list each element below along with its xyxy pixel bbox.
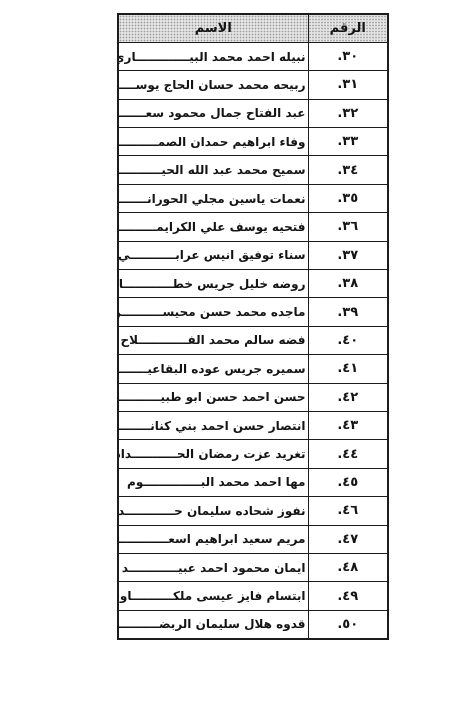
table-body: ٣٠. نبيله احمد محمد البيـــــــــــــاري…: [118, 42, 388, 638]
table-row: ٣٨. روضه خليل جريس خطــــــــــــار: [118, 270, 388, 298]
row-number-cell: ٣٥.: [308, 184, 388, 212]
header-row: الرقم الاسم: [118, 14, 388, 42]
row-number-cell: ٣٤.: [308, 156, 388, 184]
table-row: ٣٤. سميح محمد عبد الله الحيــــــــــــح: [118, 156, 388, 184]
row-number-cell: ٤٩.: [308, 582, 388, 610]
row-name-cell: انتصار حسن احمد بني كنانـــــــــــه: [118, 411, 308, 439]
row-name-cell: سميح محمد عبد الله الحيــــــــــــح: [118, 156, 308, 184]
row-number-cell: ٣١.: [308, 71, 388, 99]
row-name-cell: قدوه هلال سليمان الربضــــــــــي: [118, 610, 308, 638]
table-row: ٤٥. مها احمد محمد البــــــــــــــوم: [118, 468, 388, 496]
table-row: ٤٣. انتصار حسن احمد بني كنانـــــــــــه: [118, 411, 388, 439]
row-name-cell: روضه خليل جريس خطــــــــــــار: [118, 270, 308, 298]
row-number-cell: ٣٣.: [308, 128, 388, 156]
row-name-cell: ربيحه محمد حسان الحاج يوســــــــف: [118, 71, 308, 99]
table-row: ٤٩. ابتسام فايز عيسى ملكــــــــــاوي: [118, 582, 388, 610]
row-number-cell: ٤٣.: [308, 411, 388, 439]
row-number-cell: ٣٩.: [308, 298, 388, 326]
scanned-document-page: الرقم الاسم ٣٠. نبيله احمد محمد البيــــ…: [0, 0, 454, 707]
table-row: ٤٨. ايمان محمود احمد عبيــــــــــــد: [118, 553, 388, 581]
table-row: ٤٤. تغريد عزت رمضان الحـــــــــــداد: [118, 440, 388, 468]
row-name-cell: مها احمد محمد البــــــــــــــوم: [118, 468, 308, 496]
row-number-cell: ٤٠.: [308, 326, 388, 354]
table-header: الرقم الاسم: [118, 14, 388, 42]
row-name-cell: عبد الفتاح جمال محمود سعـــــــــاده: [118, 99, 308, 127]
row-name-cell: تغريد عزت رمضان الحـــــــــــداد: [118, 440, 308, 468]
row-name-cell: مريم سعيد ابراهيم اسعــــــــــــد: [118, 525, 308, 553]
row-name-cell: حسن احمد حسن ابو طبيــــــــــــخ: [118, 383, 308, 411]
header-name-cell: الاسم: [118, 14, 308, 42]
row-number-cell: ٤٢.: [308, 383, 388, 411]
table-row: ٤٧. مريم سعيد ابراهيم اسعــــــــــــد: [118, 525, 388, 553]
row-name-cell: فضه سالم محمد الفــــــــــــلاح: [118, 326, 308, 354]
table-row: ٥٠. قدوه هلال سليمان الربضــــــــــي: [118, 610, 388, 638]
row-name-cell: سميره جريس عوده البقاعيـــــــــن: [118, 355, 308, 383]
row-name-cell: وفاء ابراهيم حمدان الصمــــــــــادي: [118, 128, 308, 156]
row-number-cell: ٣٠.: [308, 42, 388, 70]
table-row: ٤٠. فضه سالم محمد الفــــــــــــلاح: [118, 326, 388, 354]
row-name-cell: فتحيه يوسف علي الكرايمــــــــــه: [118, 213, 308, 241]
table-row: ٣٥. نعمات ياسين مجلي الحورانــــــــــي: [118, 184, 388, 212]
table-row: ٣١. ربيحه محمد حسان الحاج يوســــــــف: [118, 71, 388, 99]
table-row: ٤٢. حسن احمد حسن ابو طبيــــــــــــخ: [118, 383, 388, 411]
row-number-cell: ٤٨.: [308, 553, 388, 581]
row-number-cell: ٣٧.: [308, 241, 388, 269]
row-number-cell: ٤٤.: [308, 440, 388, 468]
row-name-cell: ابتسام فايز عيسى ملكــــــــــاوي: [118, 582, 308, 610]
row-number-cell: ٤٥.: [308, 468, 388, 496]
row-name-cell: نفوز شحاده سليمان حــــــــــــداد: [118, 497, 308, 525]
row-number-cell: ٣٢.: [308, 99, 388, 127]
header-number-cell: الرقم: [308, 14, 388, 42]
row-number-cell: ٤٦.: [308, 497, 388, 525]
table-row: ٣٧. سناء توفيق انيس عرابـــــــــــي: [118, 241, 388, 269]
row-number-cell: ٥٠.: [308, 610, 388, 638]
row-name-cell: سناء توفيق انيس عرابـــــــــــي: [118, 241, 308, 269]
row-name-cell: نعمات ياسين مجلي الحورانــــــــــي: [118, 184, 308, 212]
names-roster-table: الرقم الاسم ٣٠. نبيله احمد محمد البيــــ…: [117, 13, 389, 640]
table-row: ٣٢. عبد الفتاح جمال محمود سعـــــــــاده: [118, 99, 388, 127]
row-number-cell: ٣٨.: [308, 270, 388, 298]
table-row: ٤٦. نفوز شحاده سليمان حــــــــــــداد: [118, 497, 388, 525]
row-name-cell: ماجده محمد حسن محيســــــــــن: [118, 298, 308, 326]
table-row: ٤١. سميره جريس عوده البقاعيـــــــــن: [118, 355, 388, 383]
table-row: ٣٦. فتحيه يوسف علي الكرايمــــــــــه: [118, 213, 388, 241]
row-name-cell: نبيله احمد محمد البيـــــــــــــاري: [118, 42, 308, 70]
row-number-cell: ٤١.: [308, 355, 388, 383]
table-row: ٣٩. ماجده محمد حسن محيســــــــــن: [118, 298, 388, 326]
row-number-cell: ٣٦.: [308, 213, 388, 241]
table-row: ٣٣. وفاء ابراهيم حمدان الصمــــــــــادي: [118, 128, 388, 156]
row-name-cell: ايمان محمود احمد عبيــــــــــــد: [118, 553, 308, 581]
row-number-cell: ٤٧.: [308, 525, 388, 553]
table-row: ٣٠. نبيله احمد محمد البيـــــــــــــاري: [118, 42, 388, 70]
